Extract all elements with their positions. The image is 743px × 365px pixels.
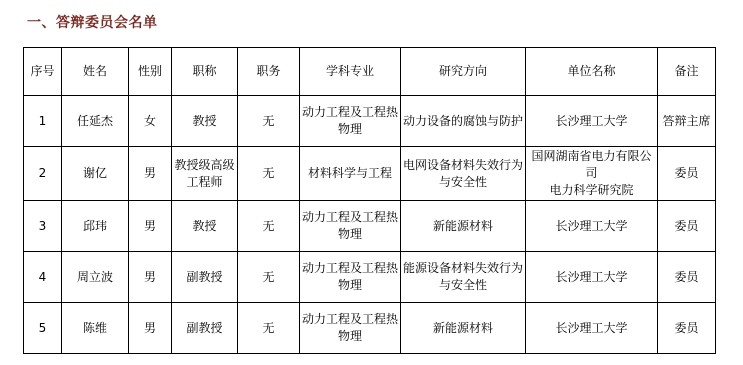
cell-position: 无: [238, 96, 300, 147]
cell-major: 动力工程及工程热 物理: [300, 252, 401, 303]
cell-major: 动力工程及工程热 物理: [300, 201, 401, 252]
header-row: 序号 姓名 性别 职称 职务 学科专业 研究方向 单位名称 备注: [24, 48, 716, 96]
cell-position: 无: [238, 303, 300, 354]
document-page: 一、答辩委员会名单 序号 姓名 性别 职称 职务 学科专业 研究方向 单位名称 …: [0, 0, 743, 365]
cell-research: 能源设备材料失效行为 与安全性: [401, 252, 526, 303]
cell-name: 周立波: [62, 252, 129, 303]
column-header-serial: 序号: [24, 48, 62, 96]
cell-gender: 男: [129, 252, 172, 303]
column-header-research: 研究方向: [401, 48, 526, 96]
cell-name: 陈维: [62, 303, 129, 354]
cell-unit: 长沙理工大学: [526, 201, 658, 252]
table-row: 2 谢亿 男 教授级高级 工程师 无 材料科学与工程 电网设备材料失效行为 与安…: [24, 147, 716, 201]
cell-position: 无: [238, 147, 300, 201]
page-title: 一、答辩委员会名单: [27, 12, 158, 32]
cell-title: 副教授: [172, 303, 238, 354]
cell-note: 答辩主席: [658, 96, 716, 147]
cell-research: 新能源材料: [401, 303, 526, 354]
column-header-position: 职务: [238, 48, 300, 96]
committee-table: 序号 姓名 性别 职称 职务 学科专业 研究方向 单位名称 备注 1 任延杰 女…: [23, 47, 716, 354]
cell-note: 委员: [658, 303, 716, 354]
table-row: 3 邱玮 男 教授 无 动力工程及工程热 物理 新能源材料 长沙理工大学 委员: [24, 201, 716, 252]
cell-unit: 长沙理工大学: [526, 303, 658, 354]
column-header-note: 备注: [658, 48, 716, 96]
cell-position: 无: [238, 252, 300, 303]
cell-research: 动力设备的腐蚀与防护: [401, 96, 526, 147]
cell-gender: 女: [129, 96, 172, 147]
cell-gender: 男: [129, 147, 172, 201]
cell-name: 谢亿: [62, 147, 129, 201]
cell-note: 委员: [658, 147, 716, 201]
column-header-gender: 性别: [129, 48, 172, 96]
table-row: 1 任延杰 女 教授 无 动力工程及工程热 物理 动力设备的腐蚀与防护 长沙理工…: [24, 96, 716, 147]
cell-serial: 5: [24, 303, 62, 354]
cell-research: 新能源材料: [401, 201, 526, 252]
cell-major: 动力工程及工程热 物理: [300, 96, 401, 147]
cell-serial: 1: [24, 96, 62, 147]
cell-unit: 长沙理工大学: [526, 96, 658, 147]
column-header-title: 职称: [172, 48, 238, 96]
cell-title: 教授: [172, 201, 238, 252]
cell-major: 材料科学与工程: [300, 147, 401, 201]
cell-serial: 4: [24, 252, 62, 303]
cell-gender: 男: [129, 303, 172, 354]
cell-name: 邱玮: [62, 201, 129, 252]
table-row: 4 周立波 男 副教授 无 动力工程及工程热 物理 能源设备材料失效行为 与安全…: [24, 252, 716, 303]
column-header-unit: 单位名称: [526, 48, 658, 96]
cell-title: 教授级高级 工程师: [172, 147, 238, 201]
cell-serial: 2: [24, 147, 62, 201]
cell-serial: 3: [24, 201, 62, 252]
cell-position: 无: [238, 201, 300, 252]
cell-unit: 国网湖南省电力有限公司 电力科学研究院: [526, 147, 658, 201]
column-header-major: 学科专业: [300, 48, 401, 96]
cell-major: 动力工程及工程热 物理: [300, 303, 401, 354]
cell-gender: 男: [129, 201, 172, 252]
cell-title: 教授: [172, 96, 238, 147]
cell-name: 任延杰: [62, 96, 129, 147]
column-header-name: 姓名: [62, 48, 129, 96]
cell-note: 委员: [658, 252, 716, 303]
cell-note: 委员: [658, 201, 716, 252]
cell-unit: 长沙理工大学: [526, 252, 658, 303]
cell-title: 副教授: [172, 252, 238, 303]
table-row: 5 陈维 男 副教授 无 动力工程及工程热 物理 新能源材料 长沙理工大学 委员: [24, 303, 716, 354]
cell-research: 电网设备材料失效行为 与安全性: [401, 147, 526, 201]
